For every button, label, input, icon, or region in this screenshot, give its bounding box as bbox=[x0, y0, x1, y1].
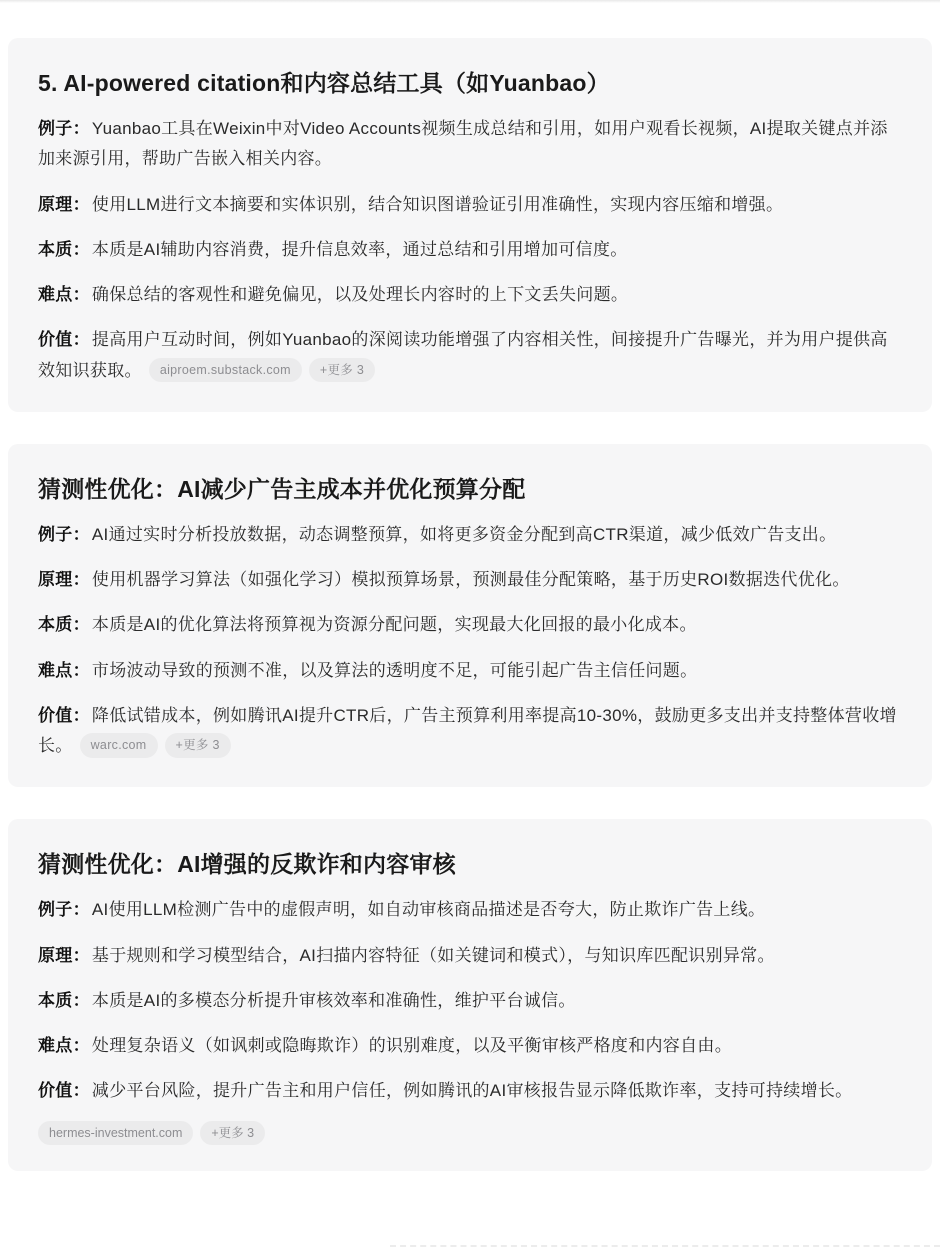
row-text: 减少平台风险，提升广告主和用户信任，例如腾讯的AI审核报告显示降低欺诈率，支持可… bbox=[92, 1081, 853, 1100]
row-label: 原理： bbox=[38, 570, 90, 589]
card-title: 猜测性优化：AI减少广告主成本并优化预算分配 bbox=[38, 474, 902, 505]
row-label: 难点： bbox=[38, 1036, 90, 1055]
row-label: 原理： bbox=[38, 195, 90, 214]
source-badge[interactable]: warc.com bbox=[80, 733, 158, 758]
source-badge[interactable]: hermes-investment.com bbox=[38, 1121, 193, 1146]
top-divider bbox=[0, 0, 940, 3]
page: 5. AI-powered citation和内容总结工具（如Yuanbao） … bbox=[0, 0, 940, 1252]
more-sources-badge[interactable]: +更多 3 bbox=[200, 1121, 265, 1146]
cards-container: 5. AI-powered citation和内容总结工具（如Yuanbao） … bbox=[0, 0, 940, 1171]
row-label: 难点： bbox=[38, 285, 90, 304]
row-text: 本质是AI辅助内容消费，提升信息效率，通过总结和引用增加可信度。 bbox=[92, 240, 628, 259]
source-badge[interactable]: aiproem.substack.com bbox=[149, 358, 302, 383]
more-sources-badge[interactable]: +更多 3 bbox=[165, 733, 231, 758]
row-label: 价值： bbox=[38, 1081, 90, 1100]
row-text: Yuanbao工具在Weixin中对Video Accounts视频生成总结和引… bbox=[38, 119, 888, 168]
card-ai-citation-tool: 5. AI-powered citation和内容总结工具（如Yuanbao） … bbox=[8, 38, 932, 412]
row-difficulty: 难点：处理复杂语义（如讽刺或隐晦欺诈）的识别难度，以及平衡审核严格度和内容自由。 bbox=[38, 1031, 902, 1061]
row-text: AI使用LLM检测广告中的虚假声明，如自动审核商品描述是否夸大，防止欺诈广告上线… bbox=[92, 900, 765, 919]
card-budget-optimization: 猜测性优化：AI减少广告主成本并优化预算分配 例子：AI通过实时分析投放数据，动… bbox=[8, 444, 932, 788]
row-label: 价值： bbox=[38, 706, 90, 725]
row-text: 使用LLM进行文本摘要和实体识别，结合知识图谱验证引用准确性，实现内容压缩和增强… bbox=[92, 195, 783, 214]
more-sources-badge[interactable]: +更多 3 bbox=[309, 358, 375, 383]
row-essence: 本质：本质是AI的优化算法将预算视为资源分配问题，实现最大化回报的最小化成本。 bbox=[38, 610, 902, 640]
row-label: 难点： bbox=[38, 661, 90, 680]
row-label: 例子： bbox=[38, 525, 90, 544]
row-principle: 原理：基于规则和学习模型结合，AI扫描内容特征（如关键词和模式），与知识库匹配识… bbox=[38, 941, 902, 971]
row-value: 价值：降低试错成本，例如腾讯AI提升CTR后，广告主预算利用率提高10-30%，… bbox=[38, 701, 902, 762]
row-text: 本质是AI的多模态分析提升审核效率和准确性，维护平台诚信。 bbox=[92, 991, 576, 1010]
card-title: 猜测性优化：AI增强的反欺诈和内容审核 bbox=[38, 849, 902, 880]
row-text: 基于规则和学习模型结合，AI扫描内容特征（如关键词和模式），与知识库匹配识别异常… bbox=[92, 946, 775, 965]
row-difficulty: 难点：确保总结的客观性和避免偏见，以及处理长内容时的上下文丢失问题。 bbox=[38, 280, 902, 310]
row-text: AI通过实时分析投放数据，动态调整预算，如将更多资金分配到高CTR渠道，减少低效… bbox=[92, 525, 837, 544]
row-text: 处理复杂语义（如讽刺或隐晦欺诈）的识别难度，以及平衡审核严格度和内容自由。 bbox=[92, 1036, 732, 1055]
row-label: 价值： bbox=[38, 330, 90, 349]
row-label: 本质： bbox=[38, 991, 90, 1010]
row-label: 本质： bbox=[38, 240, 90, 259]
sources-row: hermes-investment.com+更多 3 bbox=[38, 1121, 902, 1146]
row-example: 例子：AI使用LLM检测广告中的虚假声明，如自动审核商品描述是否夸大，防止欺诈广… bbox=[38, 895, 902, 925]
row-difficulty: 难点：市场波动导致的预测不准，以及算法的透明度不足，可能引起广告主信任问题。 bbox=[38, 656, 902, 686]
row-label: 例子： bbox=[38, 119, 90, 138]
card-anti-fraud-review: 猜测性优化：AI增强的反欺诈和内容审核 例子：AI使用LLM检测广告中的虚假声明… bbox=[8, 819, 932, 1171]
row-text: 使用机器学习算法（如强化学习）模拟预算场景，预测最佳分配策略，基于历史ROI数据… bbox=[92, 570, 850, 589]
row-principle: 原理：使用机器学习算法（如强化学习）模拟预算场景，预测最佳分配策略，基于历史RO… bbox=[38, 565, 902, 595]
row-text: 市场波动导致的预测不准，以及算法的透明度不足，可能引起广告主信任问题。 bbox=[92, 661, 698, 680]
row-principle: 原理：使用LLM进行文本摘要和实体识别，结合知识图谱验证引用准确性，实现内容压缩… bbox=[38, 190, 902, 220]
row-essence: 本质：本质是AI辅助内容消费，提升信息效率，通过总结和引用增加可信度。 bbox=[38, 235, 902, 265]
row-example: 例子：Yuanbao工具在Weixin中对Video Accounts视频生成总… bbox=[38, 114, 902, 175]
row-value: 价值：减少平台风险，提升广告主和用户信任，例如腾讯的AI审核报告显示降低欺诈率，… bbox=[38, 1076, 902, 1106]
row-label: 原理： bbox=[38, 946, 90, 965]
bottom-divider bbox=[390, 1245, 940, 1247]
row-example: 例子：AI通过实时分析投放数据，动态调整预算，如将更多资金分配到高CTR渠道，减… bbox=[38, 520, 902, 550]
row-essence: 本质：本质是AI的多模态分析提升审核效率和准确性，维护平台诚信。 bbox=[38, 986, 902, 1016]
row-value: 价值：提高用户互动时间，例如Yuanbao的深阅读功能增强了内容相关性，间接提升… bbox=[38, 325, 902, 386]
row-text: 本质是AI的优化算法将预算视为资源分配问题，实现最大化回报的最小化成本。 bbox=[92, 615, 697, 634]
row-label: 例子： bbox=[38, 900, 90, 919]
row-text: 确保总结的客观性和避免偏见，以及处理长内容时的上下文丢失问题。 bbox=[92, 285, 628, 304]
card-title: 5. AI-powered citation和内容总结工具（如Yuanbao） bbox=[38, 68, 902, 99]
row-label: 本质： bbox=[38, 615, 90, 634]
